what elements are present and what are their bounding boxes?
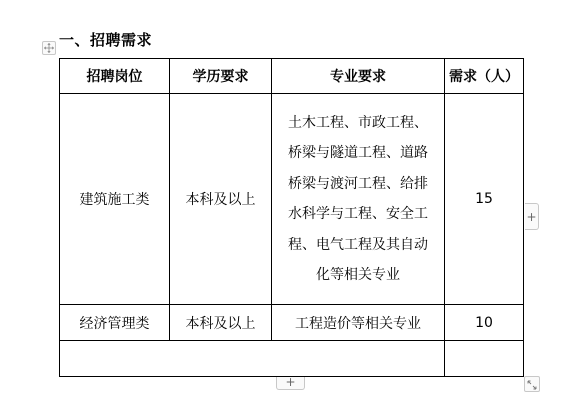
plus-icon: +: [285, 375, 295, 389]
plus-icon: +: [526, 210, 536, 224]
cell-count-empty[interactable]: [445, 341, 524, 377]
cell-position[interactable]: 经济管理类: [60, 305, 170, 341]
major-line: 化等相关专业: [272, 260, 444, 291]
add-column-button[interactable]: +: [525, 203, 539, 230]
major-line: 桥梁与隧道工程、道路: [272, 138, 444, 169]
cell-major[interactable]: 工程造价等相关专业: [272, 305, 445, 341]
table-resize-handle[interactable]: [524, 376, 540, 392]
major-line: 程、电气工程及其自动: [272, 230, 444, 261]
move-icon: [44, 43, 54, 53]
table-move-handle[interactable]: [42, 41, 56, 55]
table-row: 经济管理类 本科及以上 工程造价等相关专业 10: [60, 305, 524, 341]
resize-icon: [525, 378, 539, 392]
header-position[interactable]: 招聘岗位: [60, 59, 170, 94]
table-header-row: 招聘岗位 学历要求 专业要求 需求（人）: [60, 59, 524, 94]
major-line: 桥梁与渡河工程、给排: [272, 169, 444, 200]
add-row-button[interactable]: +: [276, 377, 305, 390]
table-row: 建筑施工类 本科及以上 土木工程、市政工程、 桥梁与隧道工程、道路 桥梁与渡河工…: [60, 94, 524, 305]
cell-count[interactable]: 15: [445, 94, 524, 305]
recruitment-table: 招聘岗位 学历要求 专业要求 需求（人） 建筑施工类 本科及以上 土木工程、市政…: [59, 58, 524, 377]
major-line: 水科学与工程、安全工: [272, 199, 444, 230]
cell-major[interactable]: 土木工程、市政工程、 桥梁与隧道工程、道路 桥梁与渡河工程、给排 水科学与工程、…: [272, 94, 445, 305]
header-major[interactable]: 专业要求: [272, 59, 445, 94]
cell-count[interactable]: 10: [445, 305, 524, 341]
cell-merged-empty[interactable]: [60, 341, 445, 377]
section-heading: 一、招聘需求: [59, 29, 152, 50]
major-line: 土木工程、市政工程、: [272, 108, 444, 139]
header-count[interactable]: 需求（人）: [445, 59, 524, 94]
cell-education[interactable]: 本科及以上: [170, 94, 272, 305]
table-row-empty: [60, 341, 524, 377]
cell-position[interactable]: 建筑施工类: [60, 94, 170, 305]
cell-education[interactable]: 本科及以上: [170, 305, 272, 341]
header-education[interactable]: 学历要求: [170, 59, 272, 94]
